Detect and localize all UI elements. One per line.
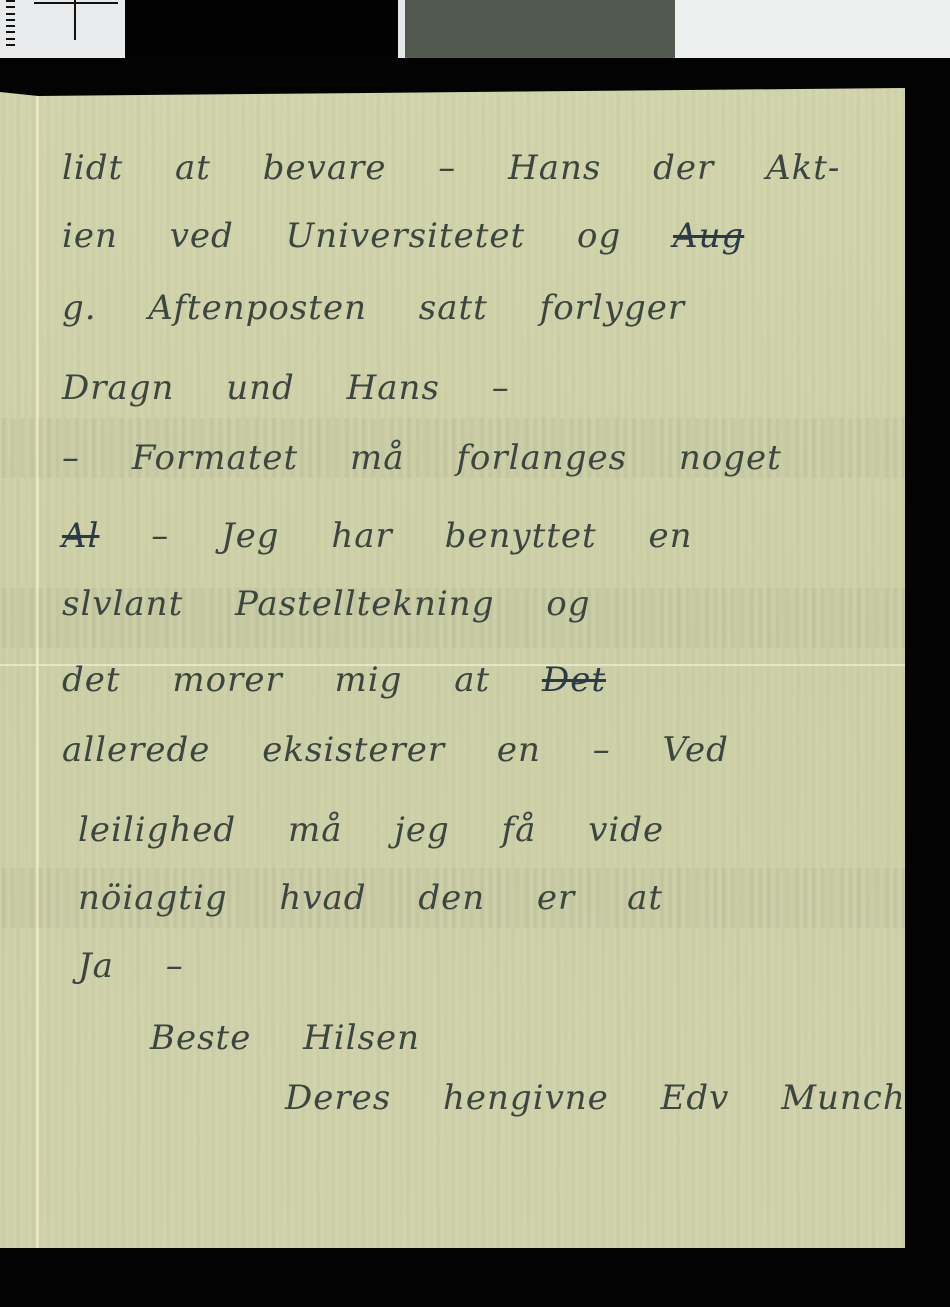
handwritten-line-9: allerede eksisterer en – Ved	[62, 730, 729, 770]
line-text: det morer mig at	[62, 660, 490, 700]
struck-word: Det	[542, 660, 606, 700]
handwritten-line-8: det morer mig at Det	[62, 660, 606, 700]
handwritten-line-7: slvlant Pastelltekning og	[62, 584, 591, 624]
handwritten-line-5: – Formatet må forlanges noget	[62, 438, 782, 478]
gray-patch	[405, 0, 675, 58]
handwritten-line-4: Dragn und Hans –	[62, 368, 510, 408]
crosshair-horizontal	[34, 2, 118, 4]
handwritten-line-12: Ja –	[78, 946, 184, 986]
crosshair-vertical	[74, 0, 76, 40]
handwritten-line-1: lidt at bevare – Hans der Akt-	[62, 148, 840, 188]
color-calibration-strip	[0, 0, 950, 58]
black-patch	[125, 0, 393, 58]
letter-page: lidt at bevare – Hans der Akt- ien ved U…	[0, 88, 905, 1248]
ruler-ticks	[6, 0, 16, 48]
ruler-patch	[0, 0, 125, 58]
white-divider-patch	[398, 0, 405, 58]
handwritten-line-3: g. Aftenposten satt forlyger	[62, 288, 685, 328]
signature: Deres hengivne Edv Munch	[285, 1078, 906, 1118]
line-text: ien ved Universitetet og	[62, 216, 621, 256]
line-text: – Jeg har benyttet en	[151, 516, 692, 556]
handwritten-line-10: leilighed må jeg få vide	[78, 810, 664, 850]
struck-word: Aug	[673, 216, 744, 256]
handwritten-line-2: ien ved Universitetet og Aug	[62, 216, 744, 256]
struck-word: Al	[62, 516, 99, 556]
white-patch	[675, 0, 950, 58]
closing-greeting: Beste Hilsen	[150, 1018, 420, 1058]
left-leaf-crease	[36, 88, 39, 1248]
handwritten-line-11: nöiagtig hvad den er at	[78, 878, 663, 918]
handwritten-line-6: Al – Jeg har benyttet en	[62, 516, 693, 556]
